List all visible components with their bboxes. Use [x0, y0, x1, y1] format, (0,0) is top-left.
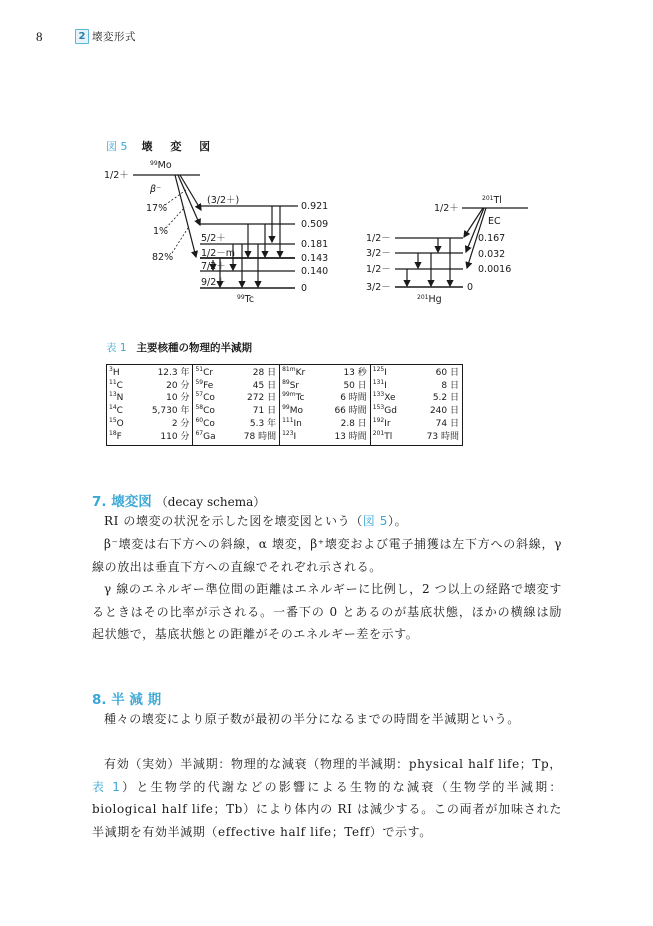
svg-text:82%: 82% [152, 252, 173, 263]
half-life-cell: 66 時間 [318, 405, 370, 418]
half-life-cell: 2 分 [133, 418, 193, 431]
figure-5-link[interactable]: 図 5 [363, 514, 388, 528]
section-7-heading: 7. 壊変図（decay schema） [92, 490, 265, 510]
table-1-link[interactable]: 表 1 [92, 780, 121, 794]
svg-text:17%: 17% [146, 203, 167, 214]
svg-text:1/2－: 1/2－ [366, 233, 391, 244]
section-7-paragraph-2: β⁻壊変は右下方への斜線，α 壊変，β⁺壊変および電子捕獲は左下方への斜線，γ … [92, 533, 562, 578]
half-life-cell: 10 分 [133, 392, 193, 405]
svg-text:0: 0 [301, 283, 307, 294]
svg-text:99Tc: 99Tc [237, 294, 254, 305]
section-8-paragraph-2: 有効（実効）半減期：物理的な減衰（物理的半減期：physical half li… [92, 753, 562, 843]
half-life-table: 3H12.3 年51Cr28 日81mKr13 秒125I60 日11C20 分… [106, 364, 463, 446]
tl201-decay-diagram [395, 208, 528, 287]
isotope-cell: 51Cr [193, 365, 227, 380]
svg-text:3/2－: 3/2－ [366, 248, 391, 259]
isotope-cell: 3H [107, 365, 134, 380]
mo99-labels: 1/2＋ 99Mo β⁻ 17% 1% 82% (3/2＋) 5/2＋ 1/2－… [104, 160, 328, 305]
section-8-paragraph-1: 種々の壊変により原子数が最初の半分になるまでの時間を半減期という。 [92, 708, 562, 731]
table-row: 18F110 分67Ga78 時間123I13 時間201Tl73 時間 [107, 431, 463, 446]
svg-text:1%: 1% [153, 226, 168, 237]
svg-text:99Mo: 99Mo [150, 160, 172, 171]
isotope-cell: 18F [107, 431, 134, 446]
half-life-cell: 2.8 日 [318, 418, 370, 431]
section-7-paragraph-1: RI の壊変の状況を示した図を壊変図という（図 5）。 [92, 510, 562, 533]
isotope-cell: 67Ga [193, 431, 227, 446]
half-life-cell: 60 日 [410, 365, 463, 380]
svg-text:0.181: 0.181 [301, 239, 328, 250]
half-life-cell: 8 日 [410, 380, 463, 393]
svg-text:0.0016: 0.0016 [478, 264, 511, 275]
half-life-cell: 5.3 年 [227, 418, 279, 431]
svg-text:0.032: 0.032 [478, 249, 505, 260]
half-life-cell: 78 時間 [227, 431, 279, 446]
svg-text:3/2－: 3/2－ [366, 282, 391, 293]
isotope-cell: 81mKr [280, 365, 318, 380]
svg-text:5/2＋: 5/2＋ [201, 233, 226, 244]
half-life-cell: 272 日 [227, 392, 279, 405]
isotope-cell: 201Tl [370, 431, 410, 446]
svg-text:7/2＋: 7/2＋ [201, 261, 226, 272]
section-7-paragraph-3: γ 線のエネルギー準位間の距離はエネルギーに比例し，2 つ以上の経路で壊変すると… [92, 578, 562, 646]
half-life-cell: 13 秒 [318, 365, 370, 380]
decay-scheme-figure: 1/2＋ 99Mo β⁻ 17% 1% 82% (3/2＋) 5/2＋ 1/2－… [0, 0, 653, 330]
isotope-cell: 123I [280, 431, 318, 446]
svg-text:201Tl: 201Tl [482, 195, 502, 206]
half-life-cell: 71 日 [227, 405, 279, 418]
half-life-cell: 45 日 [227, 380, 279, 393]
svg-text:β⁻: β⁻ [149, 184, 161, 195]
half-life-cell: 12.3 年 [133, 365, 193, 380]
svg-text:0.509: 0.509 [301, 219, 328, 230]
isotope-cell: 125I [370, 365, 410, 380]
table-caption: 表 1主要核種の物理的半減期 [106, 340, 252, 355]
svg-text:EC: EC [488, 216, 501, 227]
half-life-cell: 5.2 日 [410, 392, 463, 405]
table-title: 主要核種の物理的半減期 [137, 342, 253, 354]
half-life-cell: 74 日 [410, 418, 463, 431]
svg-text:(3/2＋): (3/2＋) [207, 195, 239, 206]
svg-text:9/2＋: 9/2＋ [201, 277, 226, 288]
svg-text:0.921: 0.921 [301, 201, 328, 212]
half-life-cell: 240 日 [410, 405, 463, 418]
svg-text:201Hg: 201Hg [417, 294, 442, 305]
svg-text:0.143: 0.143 [301, 253, 328, 264]
half-life-cell: 50 日 [318, 380, 370, 393]
svg-text:0.167: 0.167 [478, 233, 505, 244]
half-life-cell: 6 時間 [318, 392, 370, 405]
table-row: 3H12.3 年51Cr28 日81mKr13 秒125I60 日 [107, 365, 463, 380]
tl201-labels: 1/2＋ 201Tl EC 1/2－ 3/2－ 1/2－ 3/2－ 0.167 … [366, 195, 511, 305]
half-life-cell: 13 時間 [318, 431, 370, 446]
half-life-cell: 20 分 [133, 380, 193, 393]
svg-text:1/2－: 1/2－ [366, 264, 391, 275]
table-label: 表 1 [106, 342, 127, 354]
half-life-cell: 28 日 [227, 365, 279, 380]
svg-text:0.140: 0.140 [301, 266, 328, 277]
svg-text:0: 0 [467, 282, 473, 293]
section-8-heading: 8. 半 減 期 [92, 688, 161, 708]
half-life-cell: 73 時間 [410, 431, 463, 446]
half-life-cell: 110 分 [133, 431, 193, 446]
half-life-cell: 5,730 年 [133, 405, 193, 418]
svg-text:1/2＋: 1/2＋ [434, 203, 459, 214]
svg-text:1/2－m: 1/2－m [201, 248, 235, 259]
mo-parent-spin: 1/2＋ [104, 170, 129, 181]
